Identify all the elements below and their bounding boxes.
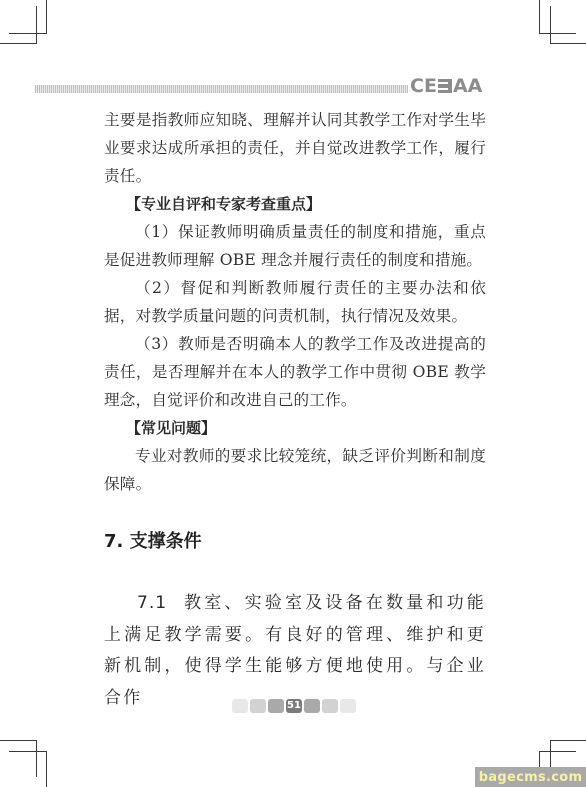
header-hatched-bar bbox=[35, 85, 408, 93]
logo-e-glyph-icon bbox=[438, 79, 452, 93]
section-body: 7.1教室、实验室及设备在数量和功能上满足教学需要。有良好的管理、维护和更新机制… bbox=[104, 588, 486, 714]
crop-mark bbox=[0, 740, 37, 741]
crop-mark bbox=[550, 43, 586, 44]
pager-box bbox=[340, 699, 356, 713]
subheading-common-issues: 【常见问题】 bbox=[104, 414, 486, 442]
common-issues-paragraph: 专业对教师的要求比较笼统，缺乏评价判断和制度保障。 bbox=[104, 442, 486, 498]
ceeaa-logo: CE AA bbox=[410, 76, 482, 96]
crop-mark bbox=[36, 6, 37, 43]
pager-box bbox=[322, 699, 338, 713]
crop-mark bbox=[539, 33, 576, 34]
crop-mark bbox=[9, 751, 47, 752]
crop-mark bbox=[550, 740, 586, 741]
crop-mark bbox=[550, 6, 551, 43]
logo-text-left: CE bbox=[410, 76, 437, 96]
pager-box bbox=[304, 699, 320, 713]
pager-box bbox=[268, 699, 284, 713]
crop-mark bbox=[539, 0, 540, 33]
review-focus-item: （1）保证教师明确质量责任的制度和措施，重点是促进教师理解 OBE 理念并履行责… bbox=[104, 218, 486, 274]
page-number: 51 bbox=[286, 699, 302, 713]
section-heading: 7. 支撑条件 bbox=[104, 527, 202, 553]
section-paragraph: 7.1教室、实验室及设备在数量和功能上满足教学需要。有良好的管理、维护和更新机制… bbox=[104, 588, 486, 714]
review-focus-item: （3）教师是否明确本人的教学工作及改进提高的责任，是否理解并在本人的教学工作中贯… bbox=[104, 330, 486, 414]
crop-mark bbox=[46, 0, 47, 33]
crop-mark bbox=[0, 43, 37, 44]
crop-mark bbox=[46, 751, 47, 787]
crop-mark bbox=[9, 33, 47, 34]
crop-mark bbox=[539, 751, 576, 752]
pager-box bbox=[232, 699, 248, 713]
review-focus-item: （2）督促和判断教师履行责任的主要办法和依据，对教学质量问题的问责机制，执行情况… bbox=[104, 274, 486, 330]
page-number-indicator: 51 bbox=[232, 699, 356, 713]
crop-mark bbox=[36, 740, 37, 777]
item-number: 7.1 bbox=[104, 593, 183, 613]
watermark: bagecms.com bbox=[475, 767, 586, 787]
pager-box bbox=[250, 699, 266, 713]
subheading-review-focus: 【专业自评和专家考查重点】 bbox=[104, 190, 486, 218]
logo-text-right: AA bbox=[453, 76, 482, 96]
paragraph: 主要是指教师应知晓、理解并认同其教学工作对学生毕业要求达成所承担的责任，并自觉改… bbox=[104, 106, 486, 190]
page-body: 主要是指教师应知晓、理解并认同其教学工作对学生毕业要求达成所承担的责任，并自觉改… bbox=[104, 106, 486, 498]
